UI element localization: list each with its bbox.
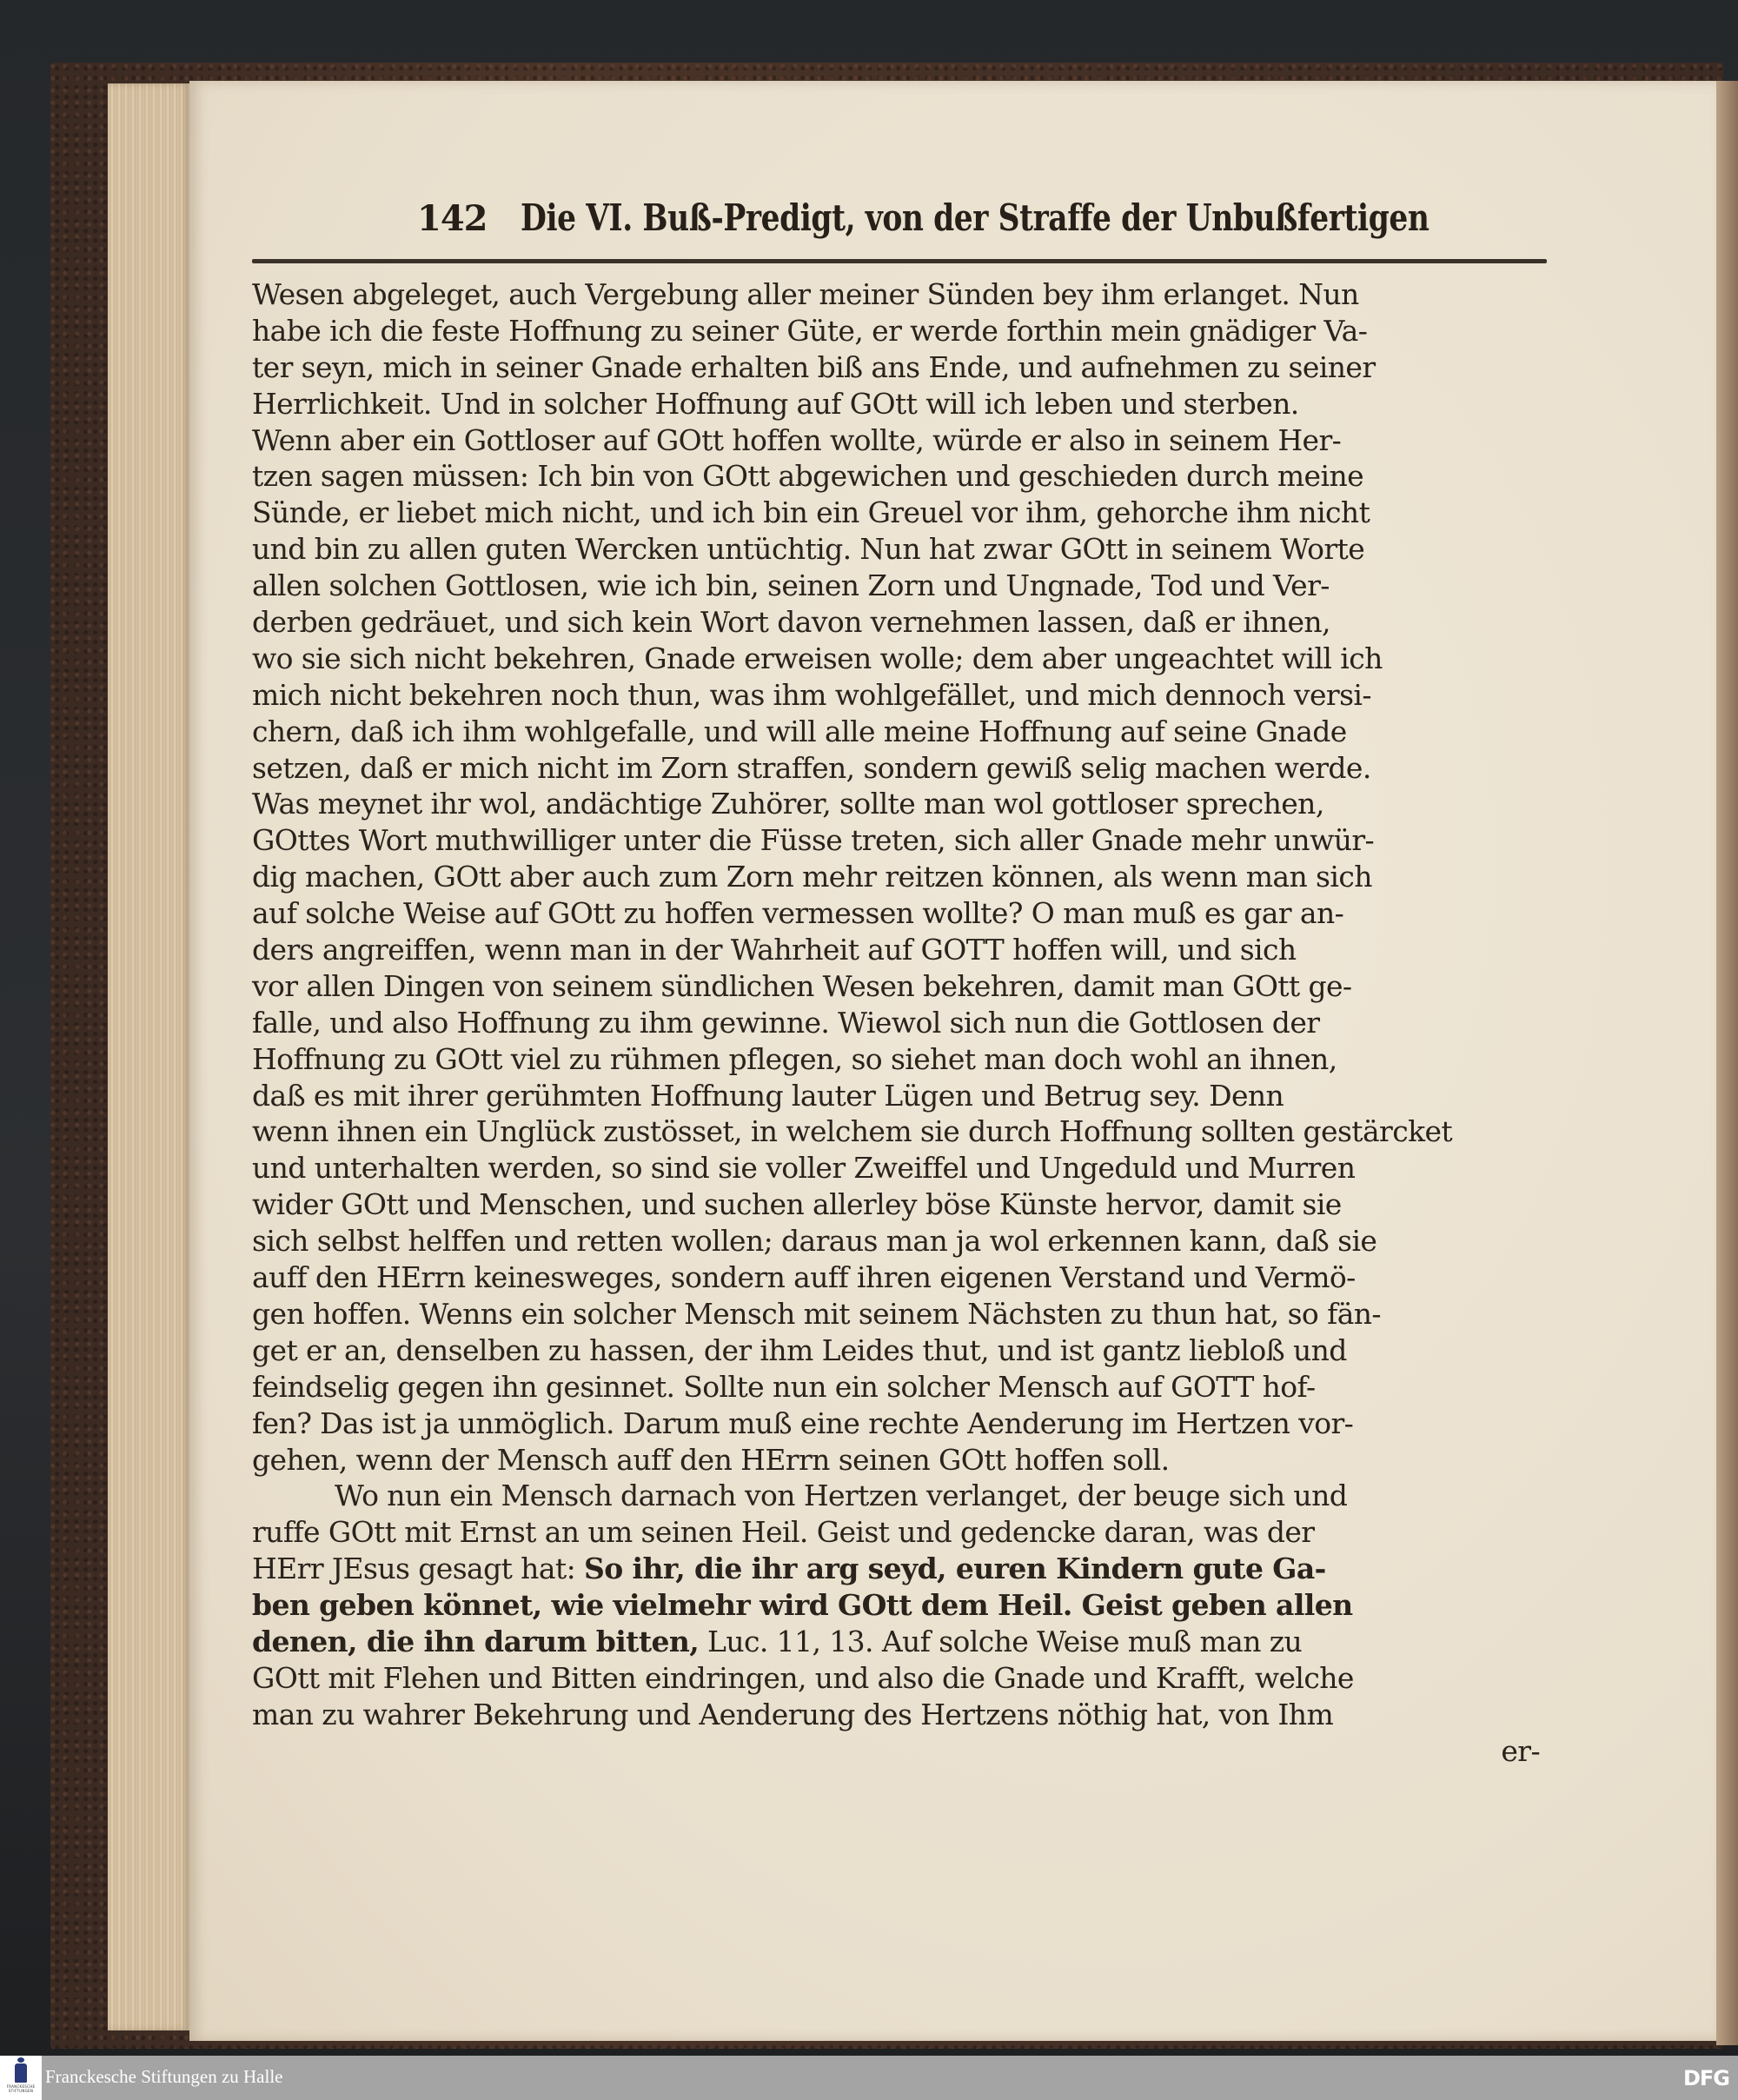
scripture-quote-line: ben geben könnet, wie vielmehr wird GOtt… <box>252 1587 1547 1624</box>
text-line: Sünde, er liebet mich nicht, und ich bin… <box>252 495 1547 531</box>
logo-figure-icon <box>15 2063 27 2083</box>
dfg-logo[interactable]: DFG <box>1683 2066 1729 2090</box>
text-line: und bin zu allen guten Wercken untüchtig… <box>252 531 1547 568</box>
text-line: ruffe GOtt mit Ernst an um seinen Heil. … <box>252 1514 1547 1551</box>
institution-name[interactable]: Franckesche Stiftungen zu Halle <box>45 2066 283 2088</box>
text-line: Wenn aber ein Gottloser auf GOtt hoffen … <box>252 422 1547 459</box>
text-line: dig machen, GOtt aber auch zum Zorn mehr… <box>252 859 1547 895</box>
text-line: allen solchen Gottlosen, wie ich bin, se… <box>252 568 1547 604</box>
text-line: fen? Das ist ja unmöglich. Darum muß ein… <box>252 1406 1547 1442</box>
text-line: auff den HErrn keinesweges, sondern auff… <box>252 1259 1547 1296</box>
body-text: Wesen abgeleget, auch Vergebung aller me… <box>252 276 1547 1770</box>
scripture-quote: So ihr, die ihr arg seyd, euren Kindern … <box>584 1552 1326 1585</box>
text-line-with-quote: HErr JEsus gesagt hat: So ihr, die ihr a… <box>252 1551 1547 1587</box>
text-line: wider GOtt und Menschen, und suchen alle… <box>252 1186 1547 1223</box>
text-line: get er an, denselben zu hassen, der ihm … <box>252 1332 1547 1369</box>
text-line: man zu wahrer Bekehrung und Aenderung de… <box>252 1697 1547 1733</box>
text-line: Hoffnung zu GOtt viel zu rühmen pflegen,… <box>252 1041 1547 1078</box>
text-line: habe ich die feste Hoffnung zu seiner Gü… <box>252 313 1547 349</box>
running-title: Die VI. Buß-Predigt, von der Straffe der… <box>521 196 1430 239</box>
text-line: chern, daß ich ihm wohlgefalle, und will… <box>252 714 1547 750</box>
text-line: vor allen Dingen von seinem sündlichen W… <box>252 968 1547 1005</box>
page-edges <box>108 83 191 2030</box>
scripture-quote: denen, die ihn darum bitten, <box>252 1625 699 1658</box>
text-line: Herrlichkeit. Und in solcher Hoffnung au… <box>252 386 1547 422</box>
text-line: tzen sagen müssen: Ich bin von GOtt abge… <box>252 458 1547 495</box>
catchword: er- <box>252 1733 1547 1770</box>
text-line: ders angreiffen, wenn man in der Wahrhei… <box>252 932 1547 968</box>
institution-logo[interactable]: FRANCKESCHE STIFTUNGEN <box>0 2056 42 2100</box>
text-line: GOttes Wort muthwilliger unter die Füsse… <box>252 822 1547 859</box>
plain-text: HErr JEsus gesagt hat: <box>252 1552 584 1585</box>
scripture-reference: Luc. 11, 13. Auf solche Weise muß man zu <box>699 1625 1302 1658</box>
logo-caption: FRANCKESCHE STIFTUNGEN <box>7 2084 36 2093</box>
text-line: wenn ihnen ein Unglück zustösset, in wel… <box>252 1113 1547 1150</box>
text-line: sich selbst helffen und retten wollen; d… <box>252 1223 1547 1259</box>
page-header: 142 Die VI. Buß-Predigt, von der Straffe… <box>417 196 1547 249</box>
text-line: wo sie sich nicht bekehren, Gnade erweis… <box>252 641 1547 677</box>
viewer-footer-bar: FRANCKESCHE STIFTUNGEN Franckesche Stift… <box>0 2056 1738 2100</box>
text-line: Was meynet ihr wol, andächtige Zuhörer, … <box>252 786 1547 822</box>
page-number: 142 <box>417 198 488 239</box>
facing-page-edge <box>1716 81 1738 2045</box>
text-line: daß es mit ihrer gerühmten Hoffnung laut… <box>252 1078 1547 1114</box>
text-line: ter seyn, mich in seiner Gnade erhalten … <box>252 349 1547 386</box>
text-line: gehen, wenn der Mensch auff den HErrn se… <box>252 1442 1547 1479</box>
text-line: falle, und also Hoffnung zu ihm gewinne.… <box>252 1005 1547 1041</box>
text-line-with-reference: denen, die ihn darum bitten, Luc. 11, 13… <box>252 1624 1547 1660</box>
text-line: GOtt mit Flehen und Bitten eindringen, u… <box>252 1660 1547 1697</box>
text-line: und unterhalten werden, so sind sie voll… <box>252 1150 1547 1186</box>
text-line: Wesen abgeleget, auch Vergebung aller me… <box>252 276 1547 313</box>
text-line: auf solche Weise auf GOtt zu hoffen verm… <box>252 895 1547 932</box>
header-rule <box>252 259 1547 263</box>
text-line: derben gedräuet, und sich kein Wort davo… <box>252 604 1547 641</box>
paragraph-start-line: Wo nun ein Mensch darnach von Hertzen ve… <box>252 1478 1547 1514</box>
text-line: gen hoffen. Wenns ein solcher Mensch mit… <box>252 1296 1547 1332</box>
text-line: feindselig gegen ihn gesinnet. Sollte nu… <box>252 1369 1547 1406</box>
text-line: mich nicht bekehren noch thun, was ihm w… <box>252 677 1547 714</box>
text-line: setzen, daß er mich nicht im Zorn straff… <box>252 750 1547 787</box>
